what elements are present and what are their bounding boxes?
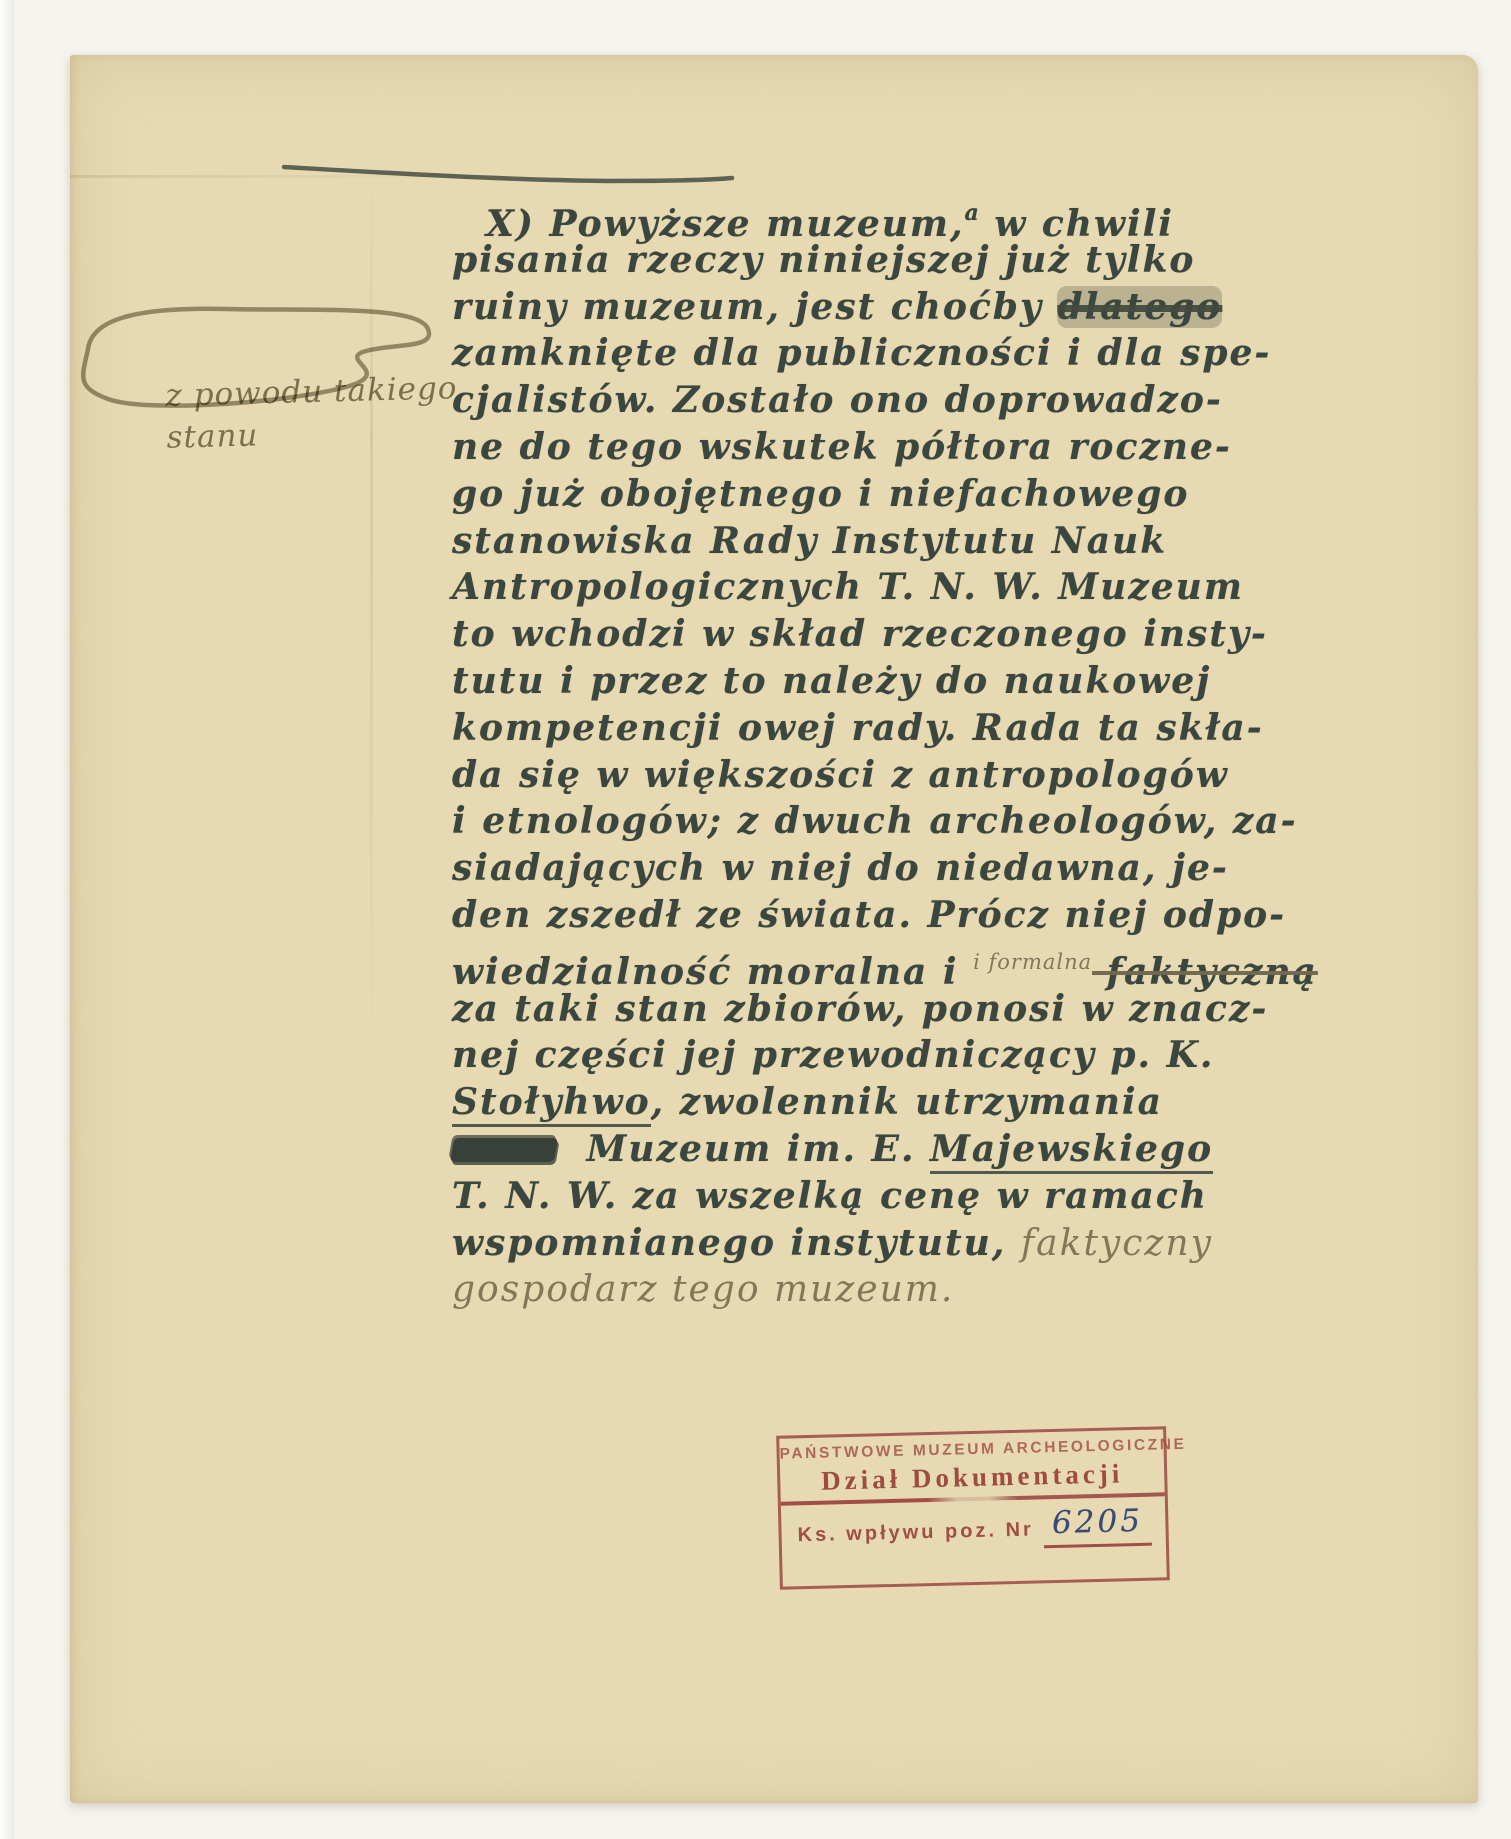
manuscript-line: tutu i przez to należy do naukowej [452,658,1352,705]
manuscript-segment: faktyczny [1021,1223,1213,1264]
manuscript: X) Powyższe muzeum,a w chwilipisania rze… [452,190,1352,1313]
manuscript-segment: , zwolennik utrzymania [651,1081,1163,1123]
manuscript-line: siadających w niej do niedawna, je- [452,845,1352,892]
manuscript-segment: den zszedł ze świata. Prócz niej odpo- [452,894,1286,936]
manuscript-segment: stanowiska Rady Instytutu Nauk [452,520,1167,562]
manuscript-segment: go już obojętnego i niefachowego [452,473,1189,515]
scanner-edge-strip [0,0,14,1839]
margin-note-line: z powodu takiego [165,367,458,417]
manuscript-line: i etnologów; z dwuch archeologów, za- [452,798,1352,845]
manuscript-segment: wspomnianego instytutu, [452,1222,1021,1264]
manuscript-segment: kompetencji owej rady. Rada ta skła- [452,707,1264,749]
manuscript-segment: ne do tego wskutek półtora roczne- [452,426,1232,468]
ink-blot [450,1138,558,1162]
manuscript-segment: siadających w niej do niedawna, je- [452,847,1229,889]
stamp-register-label: Ks. wpływu poz. Nr [797,1514,1034,1550]
manuscript-segment: Antropologicznych T. N. W. Muzeum [452,566,1244,608]
manuscript-line: den zszedł ze świata. Prócz niej odpo- [452,892,1352,939]
manuscript-segment: Stołyhwo [452,1081,651,1127]
paper-sheet: z powodu takiego stanu X) Powyższe muzeu… [70,55,1478,1803]
stamp-department: Dział Dokumentacji [780,1457,1165,1496]
stamp-number-underline: 6205 [1043,1508,1152,1548]
pen-stroke [280,155,750,195]
stamp-number: 6205 [1052,1502,1144,1540]
margin-note: z powodu takiego stanu [165,367,459,459]
manuscript-line: pisania rzeczy niniejszej już tylko [452,237,1352,284]
manuscript-line: kompetencji owej rady. Rada ta skła- [452,705,1352,752]
manuscript-segment: zamknięte dla publiczności i dla spe- [452,332,1271,374]
manuscript-line: stanowiska Rady Instytutu Nauk [452,518,1352,565]
archive-stamp: PAŃSTWOWE MUZEUM ARCHEOLOGICZNE Dział Do… [776,1426,1170,1589]
manuscript-segment: tutu i przez to należy do naukowej [452,660,1211,702]
manuscript-segment: da się w większości z antropologów [452,754,1229,796]
manuscript-line: ne do tego wskutek półtora roczne- [452,424,1352,471]
manuscript-line: gospodarz tego muzeum. [452,1266,1352,1313]
margin-note-line: stanu [166,409,459,459]
manuscript-segment: nej części jej przewodniczący p. K. [452,1034,1214,1076]
manuscript-segment: ruiny muzeum, jest choćby [452,286,1057,328]
manuscript-segment: to wchodzi w skład rzeczonego insty- [452,613,1268,655]
manuscript-line: T. N. W. za wszelką cenę w ramach [452,1173,1352,1220]
manuscript-line: wiedzialność moralna i i formalna faktyc… [452,939,1352,986]
manuscript-segment: Majewskiego [930,1128,1213,1174]
manuscript-line: Muzeum im. E. Majewskiego [452,1126,1352,1173]
manuscript-segment: gospodarz tego muzeum. [452,1269,954,1310]
manuscript-segment: pisania rzeczy niniejszej już tylko [452,239,1195,281]
manuscript-line: go już obojętnego i niefachowego [452,471,1352,518]
manuscript-segment: i formalna [973,950,1092,974]
manuscript-line: Antropologicznych T. N. W. Muzeum [452,564,1352,611]
manuscript-line: wspomnianego instytutu, faktyczny [452,1220,1352,1267]
manuscript-line: X) Powyższe muzeum,a w chwili [452,190,1352,237]
manuscript-segment: a [965,200,980,226]
manuscript-line: da się w większości z antropologów [452,752,1352,799]
manuscript-line: Stołyhwo, zwolennik utrzymania [452,1079,1352,1126]
manuscript-segment: T. N. W. za wszelką cenę w ramach [452,1175,1208,1217]
manuscript-line: cjalistów. Zostało ono doprowadzo- [452,377,1352,424]
manuscript-segment: i etnologów; z dwuch archeologów, za- [452,800,1298,842]
manuscript-line: ruiny muzeum, jest choćby dlatego [452,284,1352,331]
manuscript-segment: dlatego [1057,286,1222,328]
manuscript-line: nej części jej przewodniczący p. K. [452,1032,1352,1079]
manuscript-segment: Muzeum im. E. [572,1128,930,1170]
manuscript-segment: za taki stan zbiorów, ponosi w znacz- [452,988,1268,1030]
manuscript-line: za taki stan zbiorów, ponosi w znacz- [452,986,1352,1033]
manuscript-line: to wchodzi w skład rzeczonego insty- [452,611,1352,658]
manuscript-segment: cjalistów. Zostało ono doprowadzo- [452,379,1223,421]
manuscript-line: zamknięte dla publiczności i dla spe- [452,330,1352,377]
